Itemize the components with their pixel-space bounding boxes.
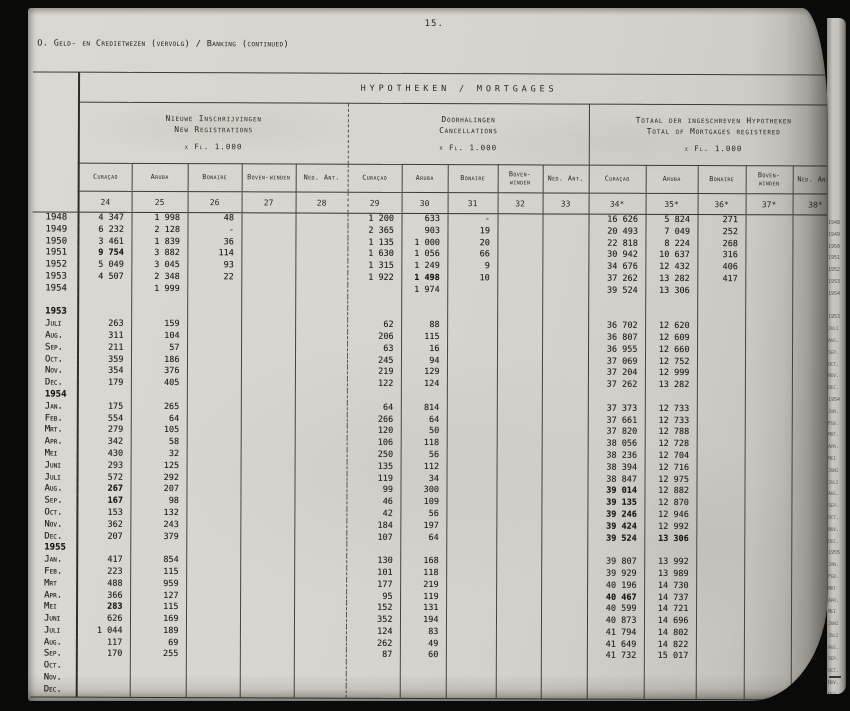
data-cell	[186, 520, 240, 532]
data-cell	[241, 225, 295, 237]
data-cell	[744, 534, 791, 546]
data-cell	[186, 567, 240, 579]
data-cell	[497, 238, 542, 250]
data-cell	[294, 685, 346, 697]
group-title-en: Cancellations	[349, 125, 587, 136]
data-cell: 13 306	[644, 533, 696, 545]
data-cell	[241, 402, 295, 414]
column-number: 33	[543, 193, 589, 214]
data-cell	[645, 392, 697, 404]
data-cell	[496, 580, 541, 592]
data-cell: 255	[130, 649, 186, 661]
column-header: Curaçao	[79, 163, 132, 191]
data-cell: 184	[346, 520, 400, 532]
data-cell	[791, 499, 828, 511]
data-cell	[792, 345, 828, 357]
data-cell: 12 432	[645, 262, 697, 274]
data-cell	[447, 474, 497, 486]
data-cell	[186, 614, 240, 626]
data-cell	[296, 213, 348, 225]
data-cell	[791, 687, 828, 699]
data-cell	[696, 687, 744, 699]
column-number: 36*	[698, 194, 746, 215]
data-cell	[401, 296, 447, 308]
data-cell: 300	[400, 485, 446, 497]
data-cell: 417	[697, 274, 745, 286]
data-cell	[77, 673, 130, 685]
data-cell	[240, 485, 294, 497]
data-cell	[446, 686, 496, 698]
row-label-column-stub	[33, 72, 80, 212]
data-cell	[241, 319, 295, 331]
data-cell	[791, 581, 828, 593]
data-cell	[446, 533, 496, 545]
data-cell: 2 365	[347, 225, 401, 237]
data-cell	[447, 332, 497, 344]
data-cell	[587, 675, 644, 687]
data-cell: 2 348	[131, 272, 187, 284]
data-cell	[187, 414, 241, 426]
row-label: Juli	[32, 319, 78, 331]
data-cell	[791, 675, 828, 687]
data-cell: 112	[401, 462, 447, 474]
data-cell	[295, 449, 347, 461]
data-cell: 175	[78, 401, 131, 413]
data-cell	[186, 484, 240, 496]
data-cell: 1 200	[348, 213, 402, 226]
data-cell	[496, 509, 541, 521]
data-cell	[697, 286, 745, 298]
column-number: 30	[402, 192, 448, 213]
row-label: Mei	[32, 448, 78, 460]
column-header: Aruba	[646, 165, 698, 193]
data-cell	[401, 391, 447, 403]
data-cell	[130, 661, 186, 673]
data-cell	[186, 508, 240, 520]
data-cell	[744, 487, 791, 499]
data-cell	[241, 308, 295, 320]
data-cell: 94	[401, 355, 447, 367]
data-cell	[446, 592, 496, 604]
data-cell: 1 999	[131, 284, 187, 296]
data-cell: 1 000	[401, 237, 447, 249]
data-cell: 132	[130, 508, 186, 520]
row-label: Nov.	[31, 673, 77, 685]
data-cell: 88	[401, 320, 447, 332]
data-cell: 99	[346, 485, 400, 497]
data-cell: 66	[447, 249, 497, 261]
data-cell	[186, 496, 240, 508]
data-cell: 223	[77, 567, 130, 579]
data-cell	[240, 650, 294, 662]
data-cell	[696, 593, 744, 605]
group-title-en: Total of Mortgages registered	[590, 126, 828, 137]
data-cell: 12 609	[645, 333, 697, 345]
data-cell	[542, 462, 588, 474]
data-cell: 219	[400, 580, 446, 592]
data-cell	[131, 307, 187, 319]
data-cell	[446, 603, 496, 615]
column-number: 37*	[746, 194, 793, 215]
row-label: 1952	[32, 260, 78, 272]
data-cell	[791, 522, 828, 534]
data-cell: 12 999	[645, 368, 697, 380]
data-cell: 34 676	[588, 262, 645, 274]
data-cell: 50	[401, 426, 447, 438]
data-cell: 9 754	[78, 248, 131, 260]
data-cell: 266	[347, 414, 401, 426]
data-cell	[187, 402, 241, 414]
data-cell	[745, 416, 792, 428]
data-cell	[497, 309, 542, 321]
data-cell	[792, 298, 828, 310]
data-cell: 10 637	[645, 250, 697, 262]
data-cell	[587, 686, 644, 699]
data-cell	[78, 295, 131, 307]
data-cell: 179	[78, 378, 131, 390]
data-cell: 153	[77, 508, 130, 520]
data-cell	[497, 250, 542, 262]
column-group-header: DoorhalingenCancellationsx Fl. 1.000	[348, 103, 589, 165]
data-cell: 14 822	[644, 640, 696, 652]
data-cell	[645, 309, 697, 321]
data-cell	[294, 567, 346, 579]
row-label: 1951	[32, 248, 78, 260]
data-cell: 107	[346, 532, 400, 544]
data-cell	[697, 345, 745, 357]
data-cell	[294, 591, 346, 603]
data-cell: 118	[401, 438, 447, 450]
data-cell	[745, 286, 792, 298]
data-cell: 167	[77, 496, 130, 508]
data-cell	[497, 226, 542, 238]
data-cell	[497, 285, 542, 297]
data-cell	[744, 687, 791, 699]
data-cell	[498, 214, 543, 226]
data-cell	[295, 379, 347, 391]
column-header: Boven-winden	[242, 164, 296, 192]
data-cell	[744, 640, 791, 652]
data-cell: 243	[130, 520, 186, 532]
data-cell	[497, 450, 542, 462]
data-cell	[542, 450, 588, 462]
data-cell	[697, 475, 745, 487]
data-cell	[496, 545, 541, 557]
data-cell	[541, 616, 587, 628]
data-cell: 39 807	[587, 557, 644, 569]
data-cell: 406	[697, 262, 745, 274]
data-cell: 64	[347, 402, 401, 414]
data-cell: 352	[346, 615, 400, 627]
data-cell	[497, 427, 542, 439]
data-cell	[696, 522, 744, 534]
mortgages-table: Hypotheken / MortgagesNieuwe Inschrijvin…	[31, 71, 828, 700]
data-cell	[697, 404, 745, 416]
data-cell: 12 733	[645, 404, 697, 416]
data-cell: 37 661	[588, 415, 645, 427]
data-cell	[696, 675, 744, 687]
data-cell: 106	[347, 438, 401, 450]
data-cell	[745, 274, 792, 286]
data-cell: 1 839	[131, 236, 187, 248]
data-cell	[697, 380, 745, 392]
data-cell: 186	[131, 354, 187, 366]
data-cell: 115	[401, 332, 447, 344]
data-cell	[242, 213, 296, 226]
data-cell: 342	[78, 437, 131, 449]
data-cell: 5 824	[646, 214, 698, 226]
data-cell	[696, 663, 744, 675]
data-cell	[187, 307, 241, 319]
data-cell	[294, 615, 346, 627]
data-cell	[78, 390, 131, 402]
data-cell: 169	[130, 614, 186, 626]
data-cell	[792, 463, 828, 475]
data-cell: 37 820	[588, 427, 645, 439]
data-cell	[400, 674, 446, 686]
data-cell	[791, 664, 828, 676]
data-cell	[446, 521, 496, 533]
data-cell	[745, 298, 792, 310]
data-cell: 42	[346, 509, 400, 521]
data-cell	[78, 283, 131, 295]
data-cell	[541, 498, 587, 510]
data-cell: 98	[130, 496, 186, 508]
page-content: 15. O. Geld- en Credietwezen (vervolg) /…	[28, 8, 828, 701]
data-cell	[295, 426, 347, 438]
data-cell	[542, 238, 588, 250]
column-header: Aruba	[402, 164, 448, 192]
data-cell: 36 955	[588, 344, 645, 356]
data-cell: 488	[77, 578, 130, 590]
data-cell: 7 049	[645, 227, 697, 239]
data-cell: 12 660	[645, 345, 697, 357]
data-cell: 316	[697, 250, 745, 262]
data-cell	[241, 249, 295, 261]
data-cell	[447, 450, 497, 462]
data-cell: 265	[131, 402, 187, 414]
row-label: Juli	[31, 625, 77, 637]
data-cell	[645, 297, 697, 309]
data-cell	[241, 378, 295, 390]
column-number: 29	[348, 192, 402, 213]
data-cell	[186, 685, 240, 698]
data-cell	[186, 591, 240, 603]
data-cell: 245	[347, 355, 401, 367]
data-cell: 219	[347, 367, 401, 379]
data-cell	[294, 603, 346, 615]
row-label: Dec.	[31, 684, 77, 696]
row-label: 1948	[33, 212, 79, 224]
row-label: 1953	[32, 271, 78, 283]
scanned-book-page: { "page_number": "15.", "title": "O. Gel…	[0, 0, 850, 711]
data-cell: 12 975	[645, 474, 697, 486]
data-cell	[446, 674, 496, 686]
data-cell	[240, 591, 294, 603]
data-cell	[446, 662, 496, 674]
table-caption: Hypotheken / Mortgages	[79, 72, 828, 105]
data-cell: 1 998	[132, 212, 188, 225]
data-cell	[792, 440, 828, 452]
data-cell: 12 733	[645, 415, 697, 427]
page-number: 15.	[369, 19, 499, 29]
data-cell	[187, 425, 241, 437]
data-cell	[446, 497, 496, 509]
data-cell: 32	[131, 449, 187, 461]
data-cell	[497, 438, 542, 450]
data-cell	[77, 661, 130, 673]
data-cell	[745, 475, 792, 487]
data-cell: 10	[447, 273, 497, 285]
row-label: Aug.	[31, 484, 77, 496]
data-cell: 189	[130, 626, 186, 638]
data-cell	[542, 332, 588, 344]
data-cell	[697, 333, 745, 345]
section-title: O. Geld- en Credietwezen (vervolg) / Ban…	[37, 38, 289, 49]
data-cell: 115	[130, 567, 186, 579]
data-cell: 37 262	[588, 274, 645, 286]
data-cell	[697, 392, 745, 404]
data-cell	[446, 639, 496, 651]
data-cell: 16 626	[589, 214, 646, 227]
column-number: 27	[242, 192, 296, 213]
data-cell	[497, 391, 542, 403]
data-cell	[240, 638, 294, 650]
data-cell: 1 498	[401, 273, 447, 285]
data-cell: 38 056	[588, 439, 645, 451]
data-cell	[241, 260, 295, 272]
data-cell	[496, 556, 541, 568]
data-cell	[792, 451, 828, 463]
data-cell: 41 794	[587, 628, 644, 640]
data-cell: 293	[78, 460, 131, 472]
data-cell: 95	[346, 591, 400, 603]
data-cell	[294, 650, 346, 662]
data-cell	[542, 226, 588, 238]
data-cell	[346, 662, 400, 674]
data-cell: 5 049	[78, 260, 131, 272]
data-cell: 13 306	[645, 286, 697, 298]
data-cell: 104	[131, 331, 187, 343]
data-cell: 60	[400, 650, 446, 662]
data-cell: 93	[187, 260, 241, 272]
data-cell	[541, 486, 587, 498]
data-cell: 36 702	[588, 321, 645, 333]
data-cell	[588, 392, 645, 404]
data-cell	[542, 321, 588, 333]
data-cell	[496, 604, 541, 616]
data-cell: 48	[188, 213, 242, 226]
data-cell	[295, 331, 347, 343]
data-cell	[186, 555, 240, 567]
row-label: Apr.	[31, 590, 77, 602]
data-cell	[644, 663, 696, 675]
data-cell	[295, 284, 347, 296]
data-cell	[496, 663, 541, 675]
data-cell: 114	[187, 248, 241, 260]
data-cell: 12 620	[645, 321, 697, 333]
data-cell	[294, 638, 346, 650]
data-cell: 1 249	[401, 261, 447, 273]
data-cell	[295, 308, 347, 320]
data-cell	[187, 437, 241, 449]
data-cell	[792, 428, 828, 440]
data-cell	[240, 544, 294, 556]
data-cell	[294, 532, 346, 544]
row-label: Mrt.	[32, 425, 78, 437]
data-cell	[496, 674, 541, 686]
data-cell	[696, 545, 744, 557]
data-cell	[792, 263, 828, 275]
data-cell	[186, 543, 240, 555]
data-cell	[696, 652, 744, 664]
data-cell	[791, 605, 828, 617]
data-cell: 12 946	[644, 510, 696, 522]
data-cell: 633	[402, 213, 448, 225]
data-cell	[697, 298, 745, 310]
data-cell	[187, 296, 241, 308]
data-cell	[697, 451, 745, 463]
column-group-header: Totaal der ingeschreven HypothekenTotal …	[589, 104, 828, 166]
data-cell	[447, 344, 497, 356]
data-cell: 39 014	[587, 486, 644, 498]
data-cell: 117	[77, 637, 130, 649]
column-number: 24	[79, 191, 132, 212]
data-cell: 36	[187, 237, 241, 249]
data-cell	[541, 509, 587, 521]
column-header: Boven-winden	[746, 166, 793, 194]
data-cell	[295, 261, 347, 273]
data-cell	[130, 543, 186, 555]
data-cell: 87	[346, 650, 400, 662]
data-cell	[241, 355, 295, 367]
data-cell	[346, 674, 400, 686]
data-cell: 37 373	[588, 403, 645, 415]
data-cell	[744, 616, 791, 628]
data-cell	[347, 391, 401, 403]
data-cell	[346, 544, 400, 556]
column-number: 31	[448, 193, 498, 214]
data-cell: 12 882	[644, 486, 696, 498]
data-cell	[792, 416, 828, 428]
data-cell: 131	[400, 603, 446, 615]
column-number: 38*	[793, 194, 828, 215]
data-cell	[497, 261, 542, 273]
row-label: Sep.	[32, 342, 78, 354]
data-cell: 4 507	[78, 272, 131, 284]
data-cell: 13 282	[645, 380, 697, 392]
data-cell	[187, 461, 241, 473]
row-label: Aug.	[31, 637, 77, 649]
data-cell	[792, 310, 828, 322]
data-cell	[294, 485, 346, 497]
data-cell	[745, 321, 792, 333]
data-cell	[588, 297, 645, 309]
data-cell	[745, 463, 792, 475]
data-cell	[744, 522, 791, 534]
data-cell	[295, 390, 347, 402]
data-cell: 252	[697, 227, 745, 239]
row-label: Oct.	[32, 354, 78, 366]
data-cell	[446, 615, 496, 627]
data-cell: 379	[130, 531, 186, 543]
row-label: Juni	[32, 460, 78, 472]
data-cell	[347, 308, 401, 320]
data-cell	[587, 663, 644, 675]
data-cell: 1 056	[401, 249, 447, 261]
data-cell: 262	[346, 638, 400, 650]
data-cell: 41 649	[587, 639, 644, 651]
